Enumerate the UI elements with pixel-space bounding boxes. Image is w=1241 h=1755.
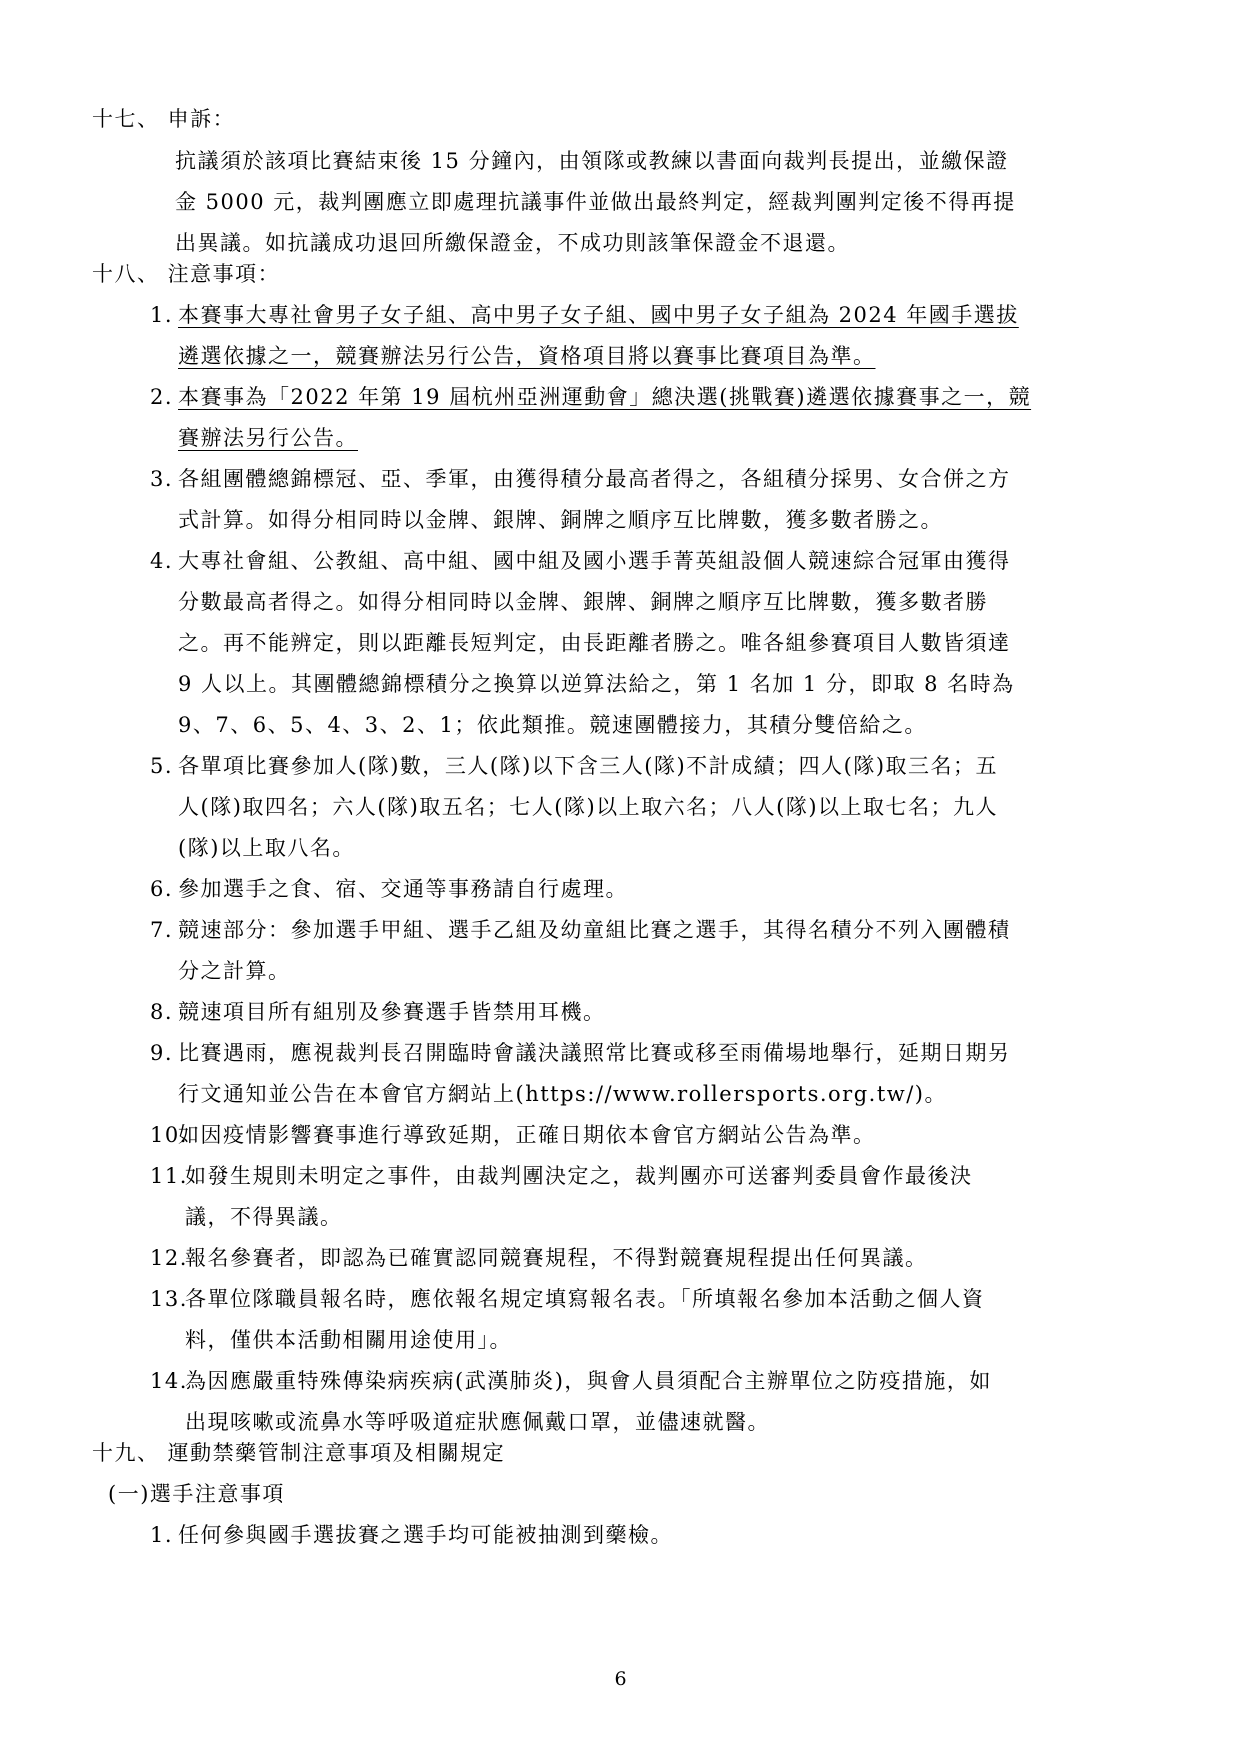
list-item-line: 9 人以上。其團體總錦標積分之換算以逆算法給之，第 1 名加 1 分，即取 8 … — [178, 669, 1015, 699]
list-item-number: 13. — [150, 1284, 188, 1314]
list-item-line: 料，僅供本活動相關用途使用」。 — [185, 1325, 512, 1355]
list-item-line-underlined: 遴選依據之一，競賽辦法另行公告，資格項目將以賽事比賽項目為準。 — [178, 341, 876, 371]
list-item-line: 之。再不能辨定，則以距離長短判定，由長距離者勝之。唯各組參賽項目人數皆須達 — [178, 628, 1011, 658]
list-item-line-underlined: 本賽事為「2022 年第 19 屆杭州亞洲運動會」總決選(挑戰賽)遴選依據賽事之… — [178, 382, 1031, 412]
list-item-line: 競速項目所有組別及參賽選手皆禁用耳機。 — [178, 997, 606, 1027]
list-item-line: 比賽遇雨，應視裁判長召開臨時會議決議照常比賽或移至雨備場地舉行，延期日期另 — [178, 1038, 1011, 1068]
list-item-line-underlined: 本賽事大專社會男子女子組、高中男子女子組、國中男子女子組為 2024 年國手選拔 — [178, 300, 1019, 330]
list-item-number: 8. — [150, 997, 173, 1027]
list-item-line: 競速部分：參加選手甲組、選手乙組及幼童組比賽之選手，其得名積分不列入團體積 — [178, 915, 1011, 945]
list-item-number: 4. — [150, 546, 173, 576]
list-item-number: 2. — [150, 382, 173, 412]
list-item-line-underlined: 賽辦法另行公告。 — [178, 423, 358, 453]
list-item-number: 12. — [150, 1243, 188, 1273]
list-item-line: 報名參賽者，即認為已確實認同競賽規程，不得對競賽規程提出任何異議。 — [185, 1243, 928, 1273]
paragraph-line: 出異議。如抗議成功退回所繳保證金，不成功則該筆保證金不退還。 — [175, 228, 850, 258]
list-item-line: 分之計算。 — [178, 956, 291, 986]
list-item-line: 出現咳嗽或流鼻水等呼吸道症狀應佩戴口罩，並儘速就醫。 — [185, 1407, 770, 1437]
list-item-line: 參加選手之食、宿、交通等事務請自行處理。 — [178, 874, 628, 904]
list-item-number: 11. — [150, 1161, 188, 1191]
list-item-line: 如發生規則未明定之事件，由裁判團決定之，裁判團亦可送審判委員會作最後決 — [185, 1161, 973, 1191]
list-item-line: 分數最高者得之。如得分相同時以金牌、銀牌、銅牌之順序互比牌數，獲多數者勝 — [178, 587, 988, 617]
section-heading-17: 十七、 申訴： — [92, 104, 235, 134]
list-item-line: 大專社會組、公教組、高中組、國中組及國小選手菁英組設個人競速綜合冠軍由獲得 — [178, 546, 1011, 576]
list-item-number: 3. — [150, 464, 173, 494]
list-item-number: 6. — [150, 874, 173, 904]
list-item-number: 1. — [150, 1520, 173, 1550]
list-item-line: (隊)以上取八名。 — [178, 833, 355, 863]
list-item-number: 7. — [150, 915, 173, 945]
page-number: 6 — [0, 1668, 1241, 1690]
list-item-line: 任何參與國手選拔賽之選手均可能被抽測到藥檢。 — [178, 1520, 673, 1550]
list-item-line: 各單項比賽參加人(隊)數，三人(隊)以下含三人(隊)不計成績；四人(隊)取三名；… — [178, 751, 998, 781]
section-heading-19: 十九、 運動禁藥管制注意事項及相關規定 — [92, 1438, 505, 1468]
list-item-line: 各組團體總錦標冠、亞、季軍，由獲得積分最高者得之，各組積分採男、女合併之方 — [178, 464, 1011, 494]
list-item-line: 行文通知並公告在本會官方網站上(https://www.rollersports… — [178, 1079, 947, 1109]
list-item-number: 1. — [150, 300, 173, 330]
list-item-line: 如因疫情影響賽事進行導致延期，正確日期依本會官方網站公告為準。 — [178, 1120, 876, 1150]
list-item-number: 9. — [150, 1038, 173, 1068]
list-item-line: 為因應嚴重特殊傳染病疾病(武漢肺炎)，與會人員須配合主辦單位之防疫措施，如 — [185, 1366, 992, 1396]
list-item-number: 5. — [150, 751, 173, 781]
list-item-number: 14. — [150, 1366, 188, 1396]
paragraph-line: 抗議須於該項比賽結束後 15 分鐘內，由領隊或教練以書面向裁判長提出，並繳保證 — [175, 146, 1009, 176]
list-item-line: 式計算。如得分相同時以金牌、銀牌、銅牌之順序互比牌數，獲多數者勝之。 — [178, 505, 943, 535]
section-heading-18: 十八、 注意事項： — [92, 259, 280, 289]
paragraph-line: 金 5000 元，裁判團應立即處理抗議事件並做出最終判定，經裁判團判定後不得再提 — [175, 187, 1016, 217]
list-item-line: 9、7、6、5、4、3、2、1；依此類推。競速團體接力，其積分雙倍給之。 — [178, 710, 927, 740]
list-item-line: 人(隊)取四名；六人(隊)取五名；七人(隊)以上取六名；八人(隊)以上取七名；九… — [178, 792, 998, 822]
list-item-line: 各單位隊職員報名時，應依報名規定填寫報名表。「所填報名參加本活動之個人資 — [185, 1284, 985, 1314]
subsection-heading: (一)選手注意事項 — [108, 1479, 285, 1509]
list-item-line: 議，不得異議。 — [185, 1202, 343, 1232]
